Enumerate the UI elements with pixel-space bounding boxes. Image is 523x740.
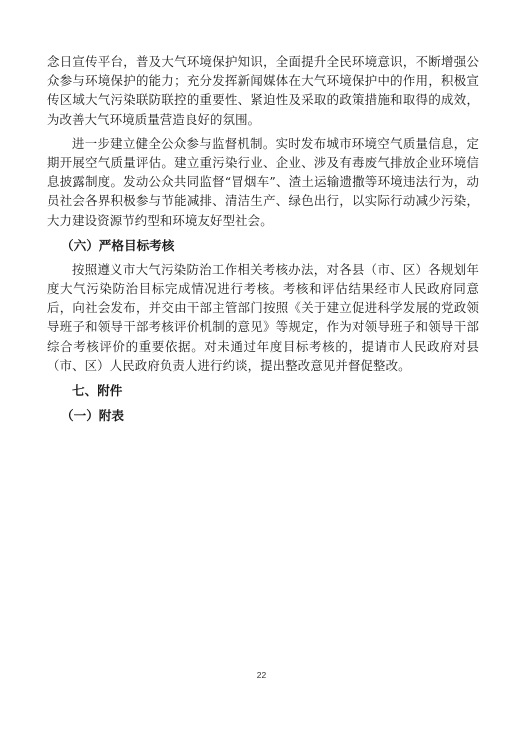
document-page: 念日宣传平台，普及大气环境保护知识，全面提升全民环境意识，不断增强公众参与环境保…	[0, 0, 523, 740]
paragraph-public-supervision: 进一步建立健全公众参与监督机制。实时发布城市环境空气质量信息，定期开展空气质量评…	[47, 134, 479, 230]
page-content: 念日宣传平台，普及大气环境保护知识，全面提升全民环境意识，不断增强公众参与环境保…	[47, 52, 479, 430]
paragraph-target-assessment: 按照遵义市大气污染防治工作相关考核办法，对各县（市、区）各规划年度大气污染防治目…	[47, 260, 479, 375]
page-number: 22	[0, 670, 523, 680]
subheading-attached-tables: （一）附表	[47, 406, 479, 425]
section-heading-target-assessment: （六）严格目标考核	[47, 236, 479, 255]
paragraph-publicity: 念日宣传平台，普及大气环境保护知识，全面提升全民环境意识，不断增强公众参与环境保…	[47, 52, 479, 129]
section-heading-attachments: 七、附件	[47, 381, 479, 400]
